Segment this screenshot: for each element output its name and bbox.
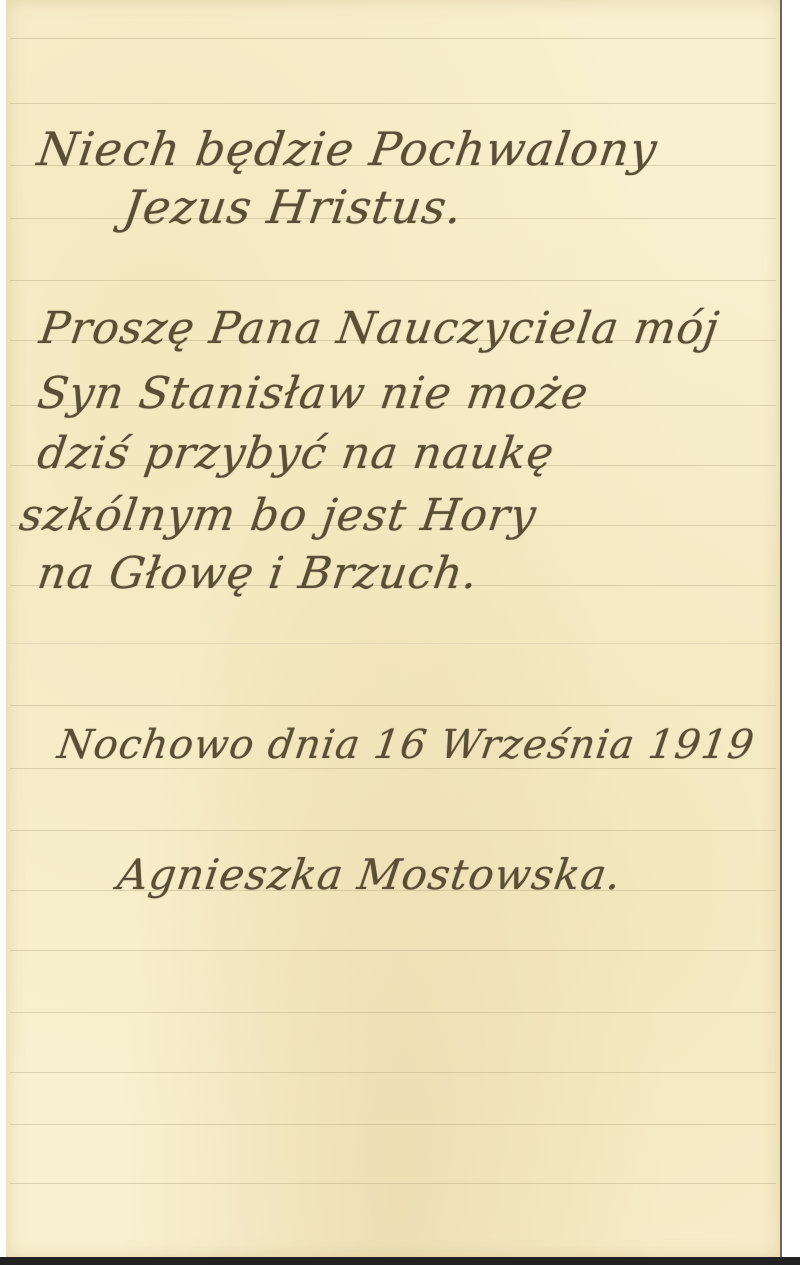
signature: Agnieszka Mostowska. (115, 850, 625, 899)
body-line-3: dziś przybyć na naukę (34, 428, 557, 479)
ruled-line (10, 830, 776, 831)
ruled-line (10, 768, 776, 769)
body-line-4: szkólnym bo jest Hory (16, 490, 539, 541)
body-line-2: Syn Stanisław nie może (34, 368, 592, 419)
greeting-line-1: Niech będzie Pochwalony (34, 122, 661, 176)
body-line-5: na Głowę i Brzuch. (34, 548, 481, 599)
paper-fold-crease (6, 643, 780, 645)
greeting-line-2: Jezus Hristus. (120, 180, 466, 234)
ruled-line (10, 705, 776, 706)
ruled-line (10, 280, 776, 281)
dateline: Nochowo dnia 16 Września 1919 (55, 722, 758, 768)
ruled-line (10, 1012, 776, 1013)
scanned-letter: Niech będzie Pochwalony Jezus Hristus. P… (0, 0, 800, 1265)
ruled-line (10, 950, 776, 951)
aged-lined-paper: Niech będzie Pochwalony Jezus Hristus. P… (6, 0, 780, 1258)
scan-bottom-edge (0, 1257, 800, 1265)
ruled-line (10, 38, 776, 39)
ruled-line (10, 1183, 776, 1184)
ruled-line (10, 1072, 776, 1073)
ruled-line (10, 103, 776, 104)
ruled-line (10, 1124, 776, 1125)
body-line-1: Proszę Pana Nauczyciela mój (36, 303, 722, 354)
